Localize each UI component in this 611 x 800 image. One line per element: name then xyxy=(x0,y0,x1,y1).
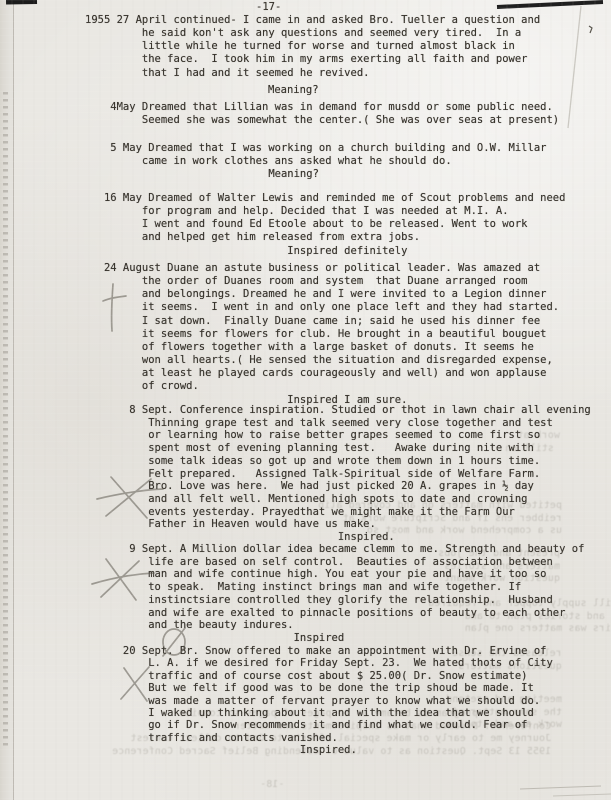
page-crease xyxy=(568,6,581,128)
entry-4-may: 4May Dreamed that Lillian was in demand … xyxy=(85,101,559,127)
meaning-label: Meaning? xyxy=(268,84,319,97)
scan-mark-top-right xyxy=(497,2,603,7)
entry-16-may: 16 May Dreamed of Walter Lewis and remin… xyxy=(85,192,565,258)
entry-9-september: 9 Sept. A Million dollar idea became cle… xyxy=(85,543,584,645)
bleedthrough-page-number: -18- xyxy=(260,779,284,792)
entry-8-september: 8 Sept. Conference inspiration. Studied … xyxy=(85,404,591,544)
entry-5-may: 5 May Dreamed that I was working on a ch… xyxy=(85,142,546,181)
scan-mark-bottom-right xyxy=(553,794,611,796)
pen-fleck xyxy=(589,26,592,33)
entry-24-august: 24 August Duane an astute business or po… xyxy=(85,262,559,407)
page-left-edge xyxy=(0,0,14,800)
page-number: -17- xyxy=(256,1,281,14)
entry-27-april: 1955 27 April continued- I came in and a… xyxy=(85,14,540,80)
entry-20-september: 20 Sept. Br. Snow offered to make an app… xyxy=(85,645,553,757)
scan-mark-bottom-right xyxy=(520,786,601,789)
scanned-journal-page: work at still on petited with matters on… xyxy=(0,0,611,800)
